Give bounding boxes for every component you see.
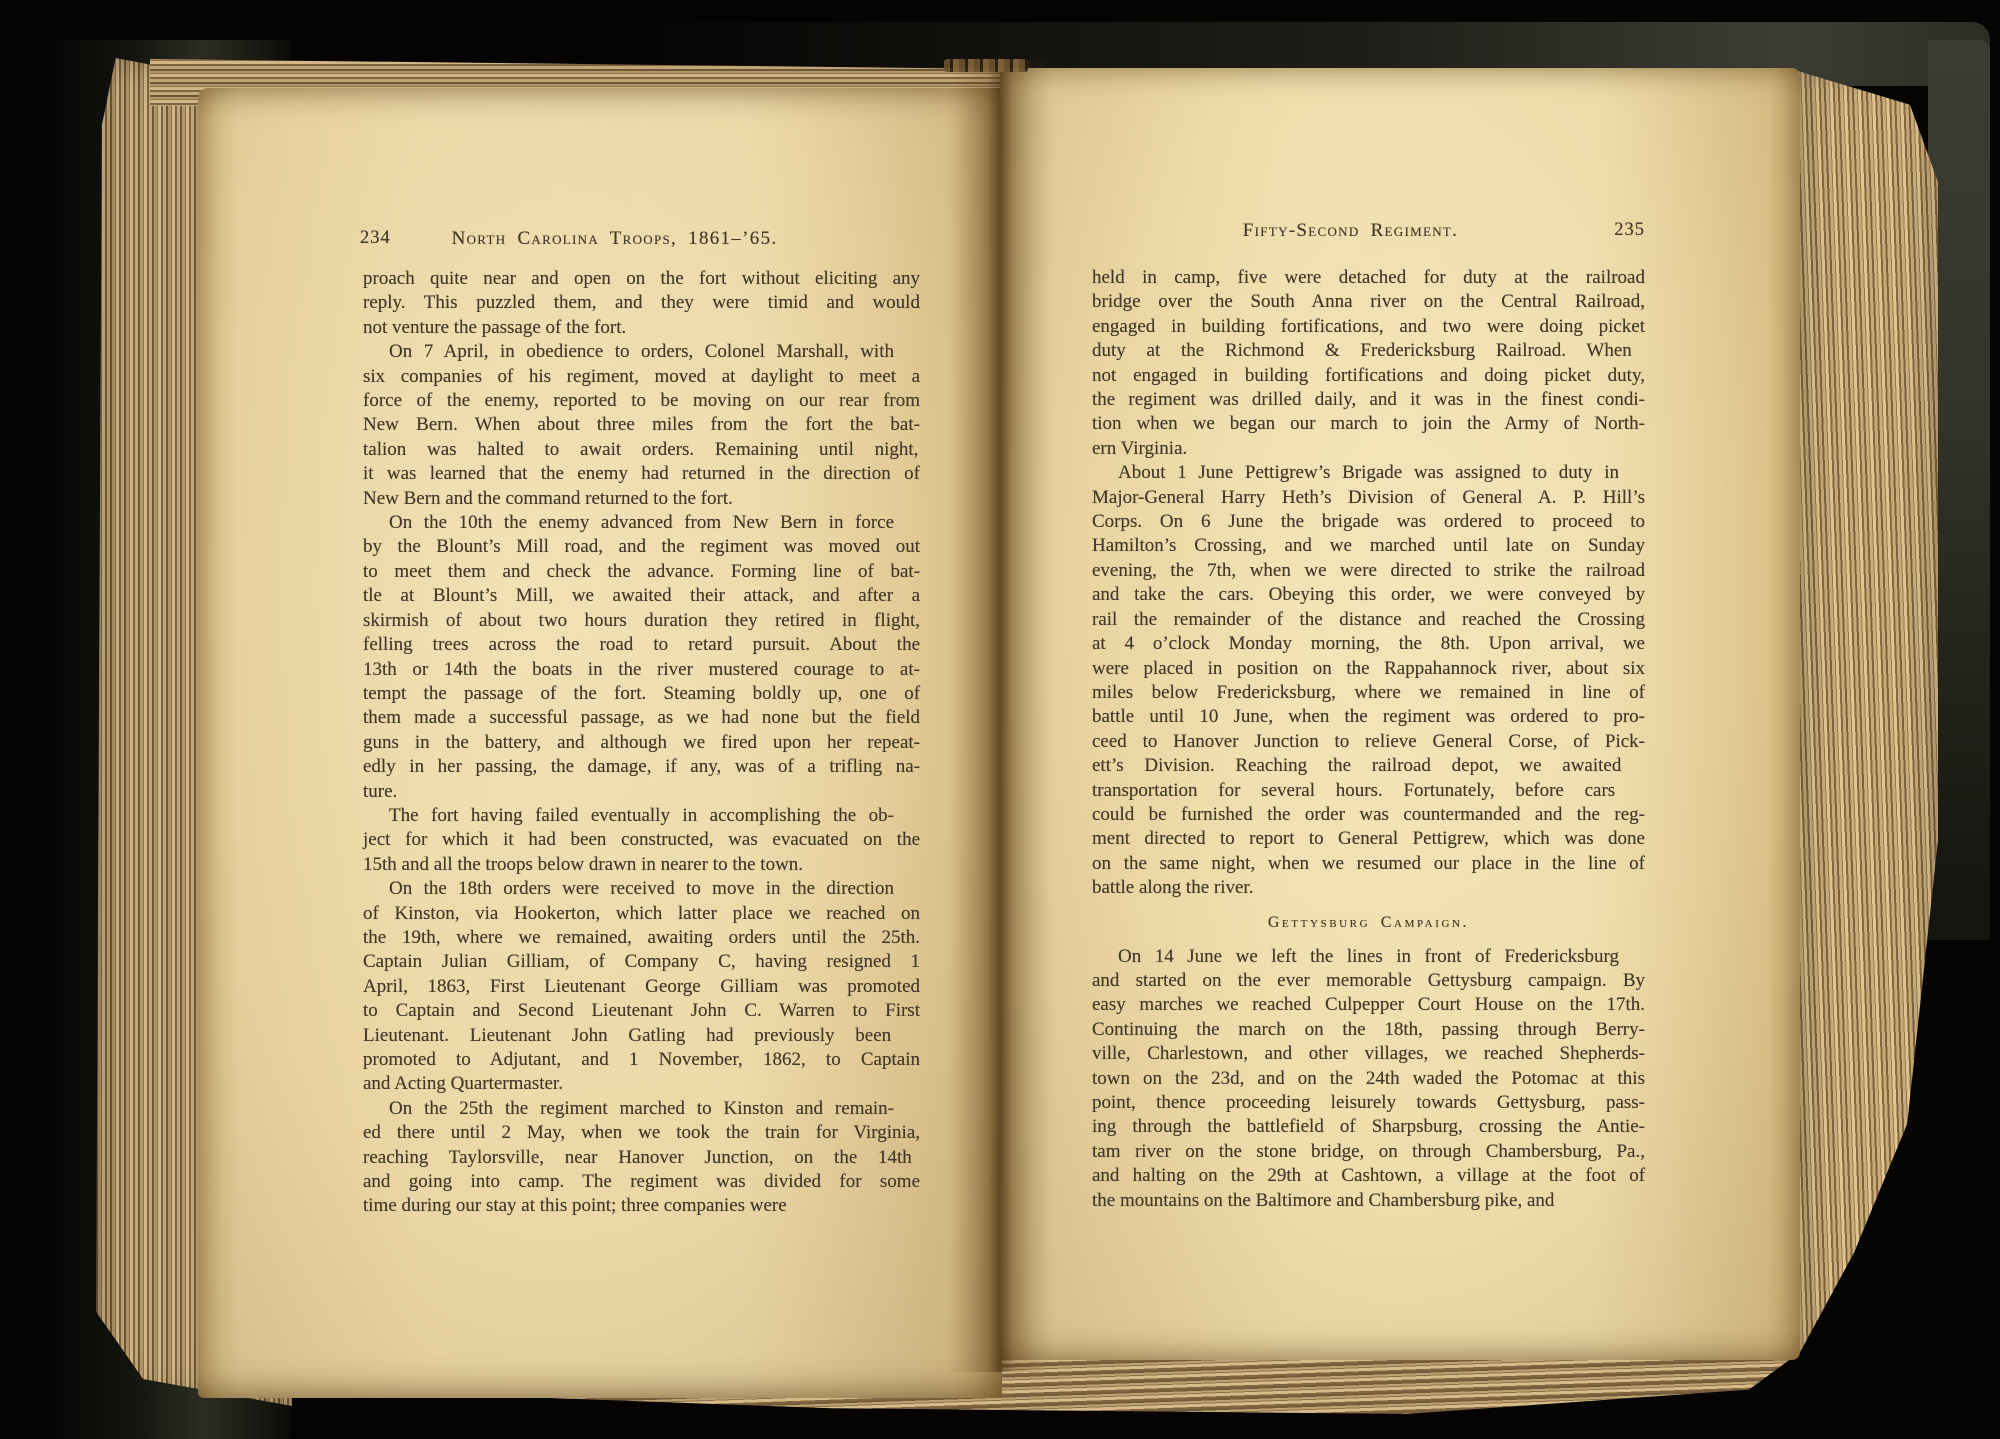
text-line: tion when we began our march to join the… (1092, 412, 1645, 436)
text-line: guns in the battery, and although we fir… (363, 731, 920, 755)
text-line: the mountains on the Baltimore and Chamb… (1092, 1189, 1645, 1213)
text-line: Hamilton’s Crossing, and we marched unti… (1092, 534, 1645, 558)
text-line: and started on the ever memorable Gettys… (1092, 969, 1645, 993)
text-line: evening, the 7th, when we were directed … (1092, 559, 1645, 583)
text-line: ern Virginia. (1092, 437, 1645, 461)
right-page: Fifty-Second Regiment. 235 held in camp,… (1000, 68, 1800, 1360)
text-line: tle at Blount’s Mill, we awaited their a… (363, 584, 920, 608)
text-line: On 14 June we left the lines in front of… (1092, 945, 1645, 969)
text-line: to meet them and check the advance. Form… (363, 560, 920, 584)
right-page-header: Fifty-Second Regiment. 235 (1092, 220, 1645, 246)
text-line: duty at the Richmond & Fredericksburg Ra… (1092, 339, 1645, 363)
text-line: at 4 o’clock Monday morning, the 8th. Up… (1092, 632, 1645, 656)
text-line: by the Blount’s Mill road, and the regim… (363, 535, 920, 559)
text-line: On the 18th orders were received to move… (363, 877, 920, 901)
text-line: rail the remainder of the distance and r… (1092, 608, 1645, 632)
text-line: miles below Fredericksburg, where we rem… (1092, 681, 1645, 705)
paragraph: The fort having failed eventually in acc… (363, 804, 920, 877)
text-line: on the same night, when we resumed our p… (1092, 852, 1645, 876)
text-line: talion was halted to await orders. Remai… (363, 438, 920, 462)
text-line: ett’s Division. Reaching the railroad de… (1092, 754, 1645, 778)
text-line: Corps. On 6 June the brigade was ordered… (1092, 510, 1645, 534)
text-line: and halting on the 29th at Cashtown, a v… (1092, 1164, 1645, 1188)
text-line: ceed to Hanover Junction to relieve Gene… (1092, 730, 1645, 754)
text-line: tempt the passage of the fort. Steaming … (363, 682, 920, 706)
text-line: ing through the battlefield of Sharpsbur… (1092, 1115, 1645, 1139)
text-line: held in camp, five were detached for dut… (1092, 266, 1645, 290)
text-line: force of the enemy, reported to be movin… (363, 389, 920, 413)
text-line: and Acting Quartermaster. (363, 1072, 920, 1096)
paragraph: On the 25th the regiment marched to Kins… (363, 1097, 920, 1219)
paragraph: On the 18th orders were received to move… (363, 877, 920, 1097)
text-line: 15th and all the troops below drawn in n… (363, 853, 920, 877)
text-line: were placed in position on the Rappahann… (1092, 657, 1645, 681)
text-line: point, thence proceeding leisurely towar… (1092, 1091, 1645, 1115)
text-line: town on the 23d, and on the 24th waded t… (1092, 1067, 1645, 1091)
text-line: ject for which it had been constructed, … (363, 828, 920, 852)
binding-stitches (944, 59, 1028, 72)
text-line: time during our stay at this point; thre… (363, 1194, 920, 1218)
text-line: skirmish of about two hours duration the… (363, 609, 920, 633)
page-stack-right-edge (1798, 66, 1938, 1356)
text-line: April, 1863, First Lieutenant George Gil… (363, 975, 920, 999)
paragraph: On the 10th the enemy advanced from New … (363, 511, 920, 804)
text-line: the 19th, where we remained, awaiting or… (363, 926, 920, 950)
text-line: On the 25th the regiment marched to Kins… (363, 1097, 920, 1121)
text-line: Major-General Harry Heth’s Division of G… (1092, 486, 1645, 510)
text-line: of Kinston, via Hookerton, which latter … (363, 902, 920, 926)
left-page-text: proach quite near and open on the fort w… (363, 267, 920, 1219)
text-line: easy marches we reached Culpepper Court … (1092, 993, 1645, 1017)
left-running-header: North Carolina Troops, 1861–’65. (336, 228, 893, 250)
text-line: The fort having failed eventually in acc… (363, 804, 920, 828)
right-running-header: Fifty-Second Regiment. (1074, 220, 1627, 242)
text-line: not engaged in building fortifications a… (1092, 364, 1645, 388)
text-line: ture. (363, 780, 920, 804)
paragraph: About 1 June Pettigrew’s Brigade was ass… (1092, 461, 1645, 900)
right-page-text: held in camp, five were detached for dut… (1092, 266, 1645, 1213)
text-line: proach quite near and open on the fort w… (363, 267, 920, 291)
text-line: ed there until 2 May, when we took the t… (363, 1121, 920, 1145)
text-line: not venture the passage of the fort. (363, 316, 920, 340)
text-line: reply. This puzzled them, and they were … (363, 291, 920, 315)
text-line: edly in her passing, the damage, if any,… (363, 755, 920, 779)
left-page-content: 234 North Carolina Troops, 1861–’65. pro… (363, 228, 920, 1219)
right-page-content: Fifty-Second Regiment. 235 held in camp,… (1092, 220, 1645, 1213)
left-page-header: 234 North Carolina Troops, 1861–’65. (363, 228, 920, 254)
paragraph: On 14 June we left the lines in front of… (1092, 945, 1645, 1213)
text-line: and take the cars. Obeying this order, w… (1092, 583, 1645, 607)
text-line: and going into camp. The regiment was di… (363, 1170, 920, 1194)
text-line: to Captain and Second Lieutenant John C.… (363, 999, 920, 1023)
text-line: About 1 June Pettigrew’s Brigade was ass… (1092, 461, 1645, 485)
text-line: ment directed to report to General Petti… (1092, 827, 1645, 851)
paragraph: held in camp, five were detached for dut… (1092, 266, 1645, 461)
text-line: the regiment was drilled daily, and it w… (1092, 388, 1645, 412)
text-line: felling trees across the road to retard … (363, 633, 920, 657)
right-page-number: 235 (1614, 220, 1645, 241)
text-line: tam river on the stone bridge, on throug… (1092, 1140, 1645, 1164)
text-line: New Bern. When about three miles from th… (363, 413, 920, 437)
left-page: 234 North Carolina Troops, 1861–’65. pro… (198, 88, 1002, 1398)
text-line: Continuing the march on the 18th, passin… (1092, 1018, 1645, 1042)
text-line: battle until 10 June, when the regiment … (1092, 705, 1645, 729)
paragraph: proach quite near and open on the fort w… (363, 267, 920, 340)
text-line: promoted to Adjutant, and 1 November, 18… (363, 1048, 920, 1072)
text-line: it was learned that the enemy had return… (363, 462, 920, 486)
text-line: bridge over the South Anna river on the … (1092, 290, 1645, 314)
section-heading: Gettysburg Campaign. (1092, 911, 1645, 935)
text-line: transportation for several hours. Fortun… (1092, 779, 1645, 803)
book-photo: 234 North Carolina Troops, 1861–’65. pro… (0, 0, 2000, 1439)
paragraph: On 7 April, in obedience to orders, Colo… (363, 340, 920, 511)
text-line: engaged in building fortifications, and … (1092, 315, 1645, 339)
text-line: On the 10th the enemy advanced from New … (363, 511, 920, 535)
text-line: six companies of his regiment, moved at … (363, 365, 920, 389)
text-line: 13th or 14th the boats in the river must… (363, 658, 920, 682)
text-line: ville, Charlestown, and other villages, … (1092, 1042, 1645, 1066)
text-line: Captain Julian Gilliam, of Company C, ha… (363, 950, 920, 974)
text-line: reaching Taylorsville, near Hanover Junc… (363, 1146, 920, 1170)
text-line: could be furnished the order was counter… (1092, 803, 1645, 827)
text-line: On 7 April, in obedience to orders, Colo… (363, 340, 920, 364)
text-line: battle along the river. (1092, 876, 1645, 900)
text-line: New Bern and the command returned to the… (363, 487, 920, 511)
text-line: Lieutenant. Lieutenant John Gatling had … (363, 1024, 920, 1048)
text-line: them made a successful passage, as we ha… (363, 706, 920, 730)
